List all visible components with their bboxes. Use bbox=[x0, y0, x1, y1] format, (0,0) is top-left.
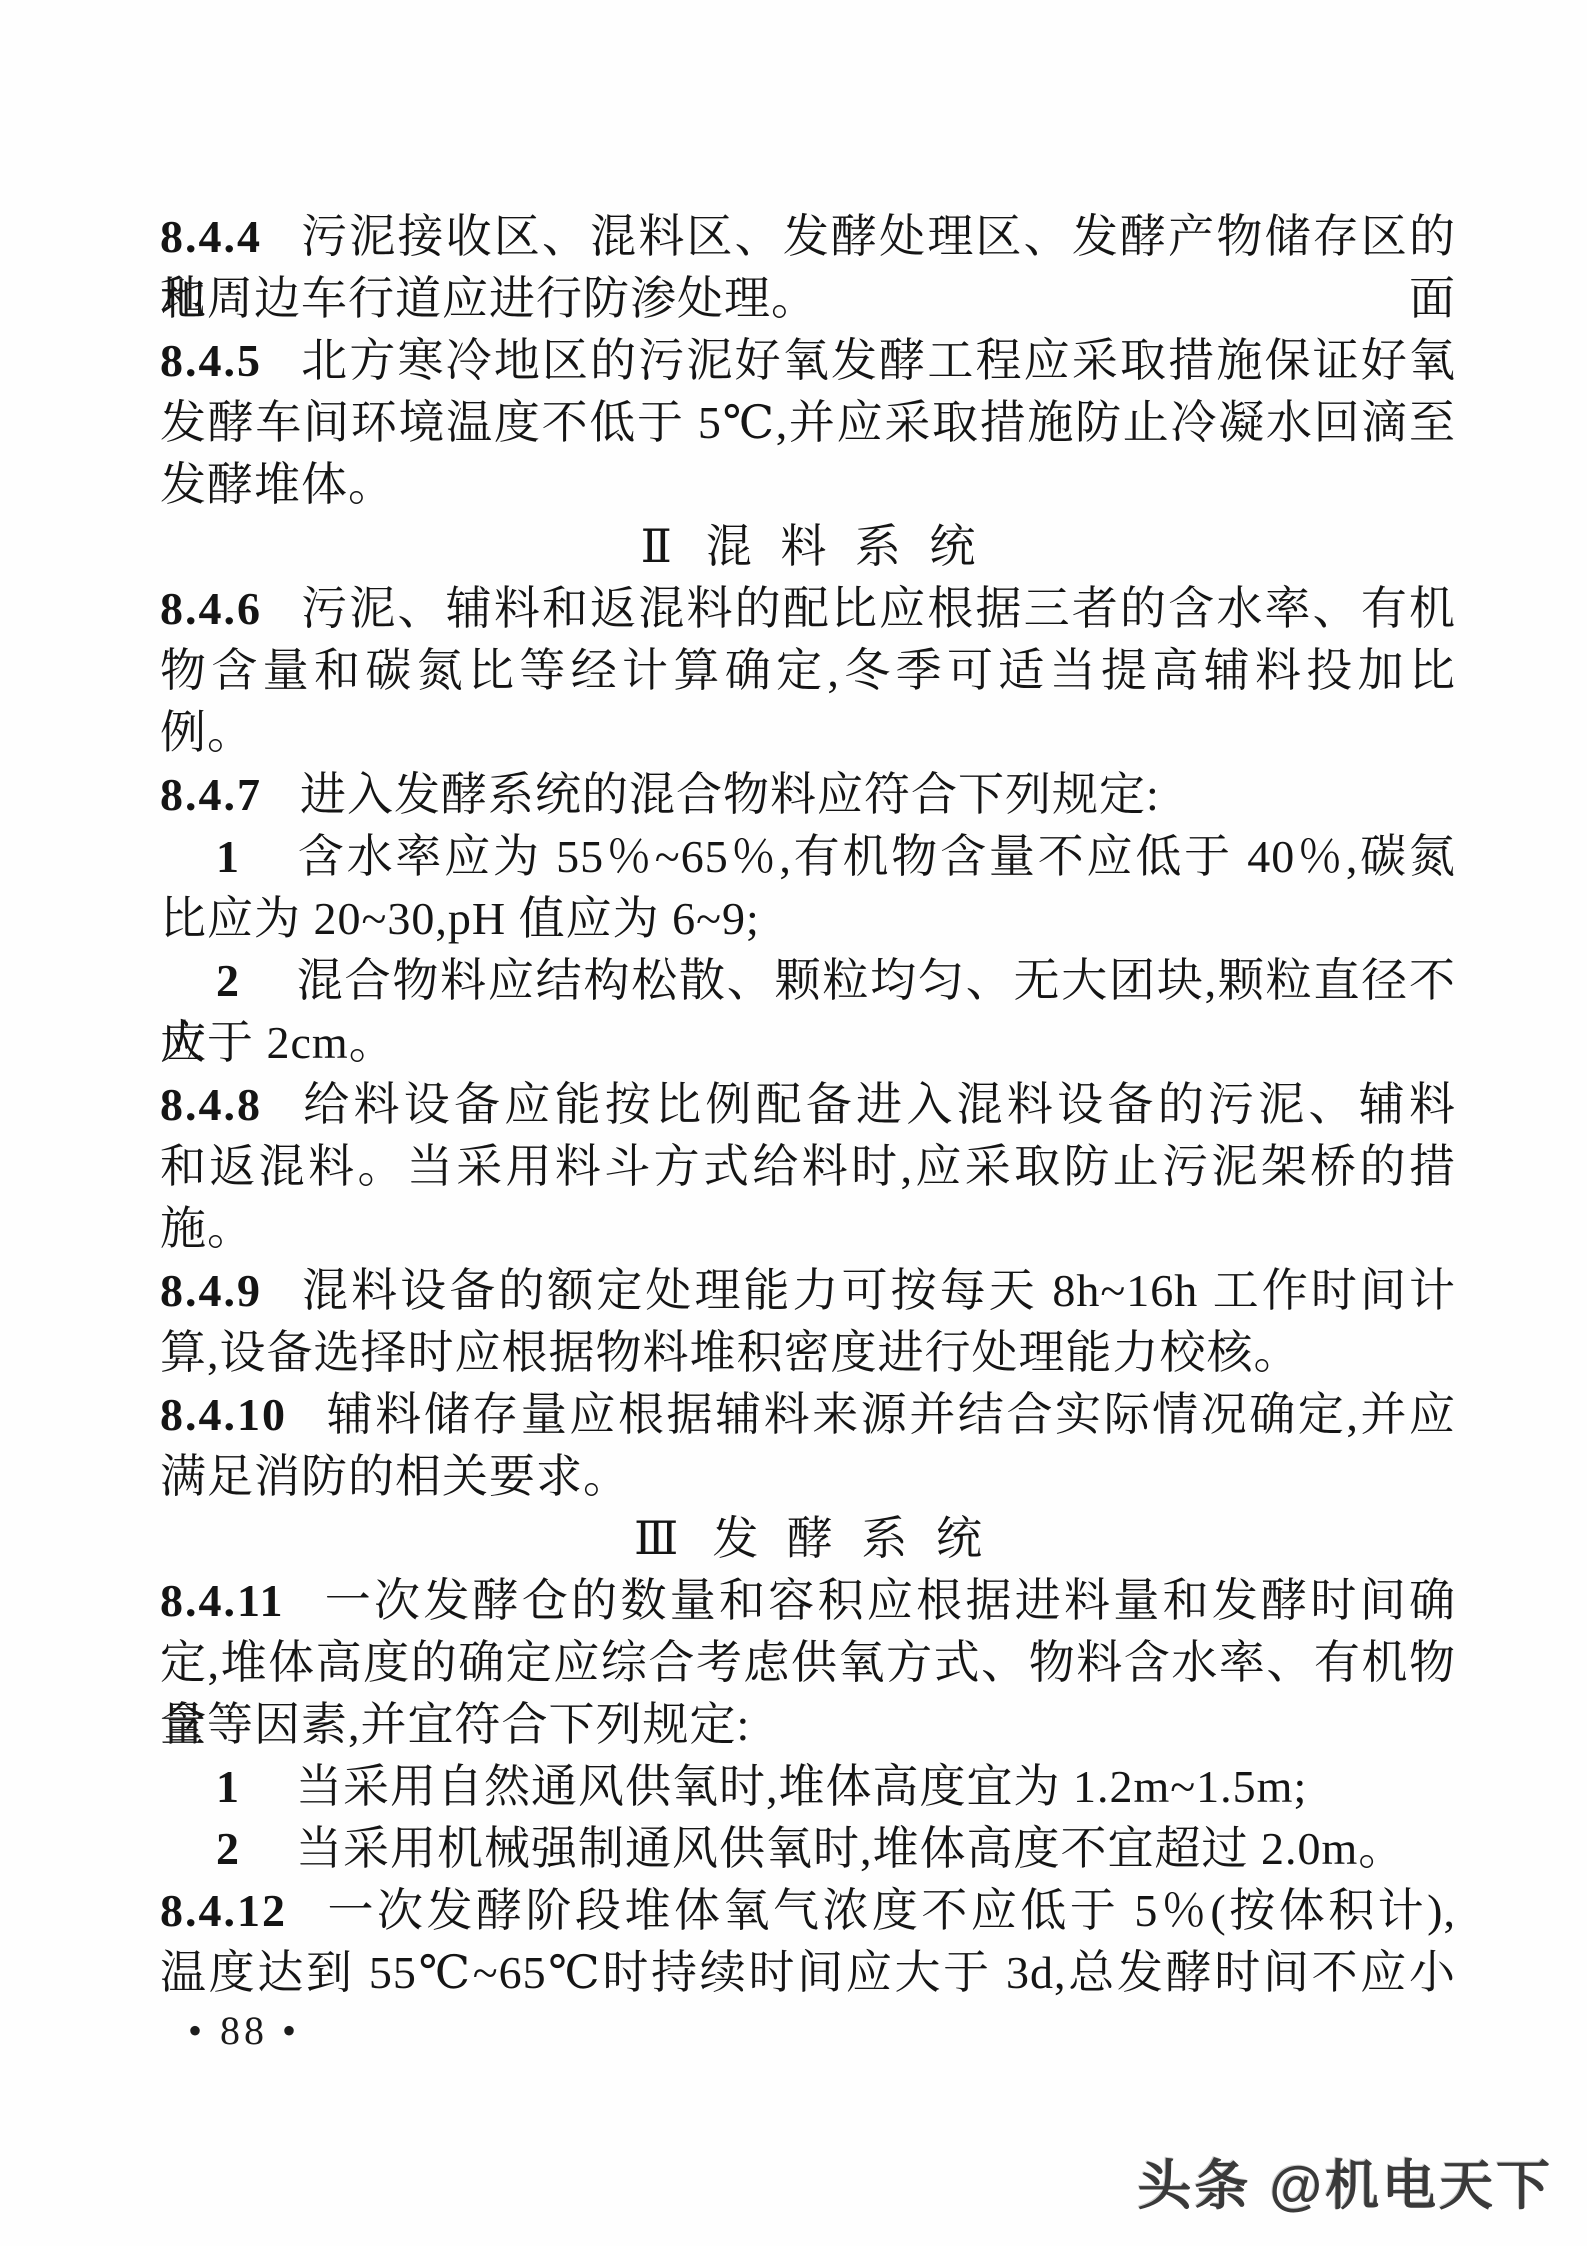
clause-line: 8.4.6污泥、辅料和返混料的配比应根据三者的含水率、有机 bbox=[160, 578, 1456, 640]
clause-line: 定,堆体高度的确定应综合考虑供氧方式、物料含水率、有机物含 bbox=[160, 1632, 1456, 1694]
clause-line: 8.4.4污泥接收区、混料区、发酵处理区、发酵产物储存区的地面 bbox=[160, 206, 1456, 268]
clause-number: 8.4.8 bbox=[160, 1079, 262, 1130]
clause-line: 8.4.9混料设备的额定处理能力可按每天 8h~16h 工作时间计 bbox=[160, 1260, 1456, 1322]
clause-line: 温度达到 55℃~65℃时持续时间应大于 3d,总发酵时间不应小 bbox=[160, 1942, 1456, 2004]
list-item-line: 2当采用机械强制通风供氧时,堆体高度不宜超过 2.0m。 bbox=[160, 1818, 1456, 1880]
section-heading: Ⅱ混料系统 bbox=[160, 516, 1456, 578]
section-title: 发酵系统 bbox=[712, 1513, 1010, 1564]
text-run: 进入发酵系统的混合物料应符合下列规定: bbox=[300, 769, 1160, 820]
text-run: 一次发酵仓的数量和容积应根据进料量和发酵时间确 bbox=[322, 1575, 1456, 1626]
text-run: 物含量和碳氮比等经计算确定,冬季可适当提高辅料投加比 bbox=[160, 645, 1456, 696]
document-page: 8.4.4污泥接收区、混料区、发酵处理区、发酵产物储存区的地面和周边车行道应进行… bbox=[0, 0, 1587, 2246]
text-run: 混料设备的额定处理能力可按每天 8h~16h 工作时间计 bbox=[300, 1265, 1456, 1316]
text-run: 北方寒冷地区的污泥好氧发酵工程应采取措施保证好氧 bbox=[300, 335, 1456, 386]
clause-line: 8.4.5北方寒冷地区的污泥好氧发酵工程应采取措施保证好氧 bbox=[160, 330, 1456, 392]
list-item-line: 1当采用自然通风供氧时,堆体高度宜为 1.2m~1.5m; bbox=[160, 1756, 1456, 1818]
clause-number: 8.4.6 bbox=[160, 583, 262, 634]
watermark-text: 头条 @机电天下 bbox=[1137, 2143, 1553, 2220]
clause-line: 和返混料。当采用料斗方式给料时,应采取防止污泥架桥的措 bbox=[160, 1136, 1456, 1198]
clause-line: 发酵车间环境温度不低于 5℃,并应采取措施防止冷凝水回滴至 bbox=[160, 392, 1456, 454]
clause-line: 发酵堆体。 bbox=[160, 454, 1456, 516]
clause-line: 8.4.11一次发酵仓的数量和容积应根据进料量和发酵时间确 bbox=[160, 1570, 1456, 1632]
list-item-line: 2混合物料应结构松散、颗粒均匀、无大团块,颗粒直径不应 bbox=[160, 950, 1456, 1012]
clause-line: 8.4.7进入发酵系统的混合物料应符合下列规定: bbox=[160, 764, 1456, 826]
section-title: 混料系统 bbox=[706, 521, 1004, 572]
text-run: 污泥、辅料和返混料的配比应根据三者的含水率、有机 bbox=[300, 583, 1456, 634]
clause-number: 8.4.7 bbox=[160, 769, 262, 820]
clause-number: 8.4.12 bbox=[160, 1885, 287, 1936]
text-run: 量等因素,并宜符合下列规定: bbox=[160, 1699, 750, 1750]
clause-number: 8.4.4 bbox=[160, 211, 262, 262]
text-run: 和周边车行道应进行防渗处理。 bbox=[160, 273, 818, 324]
clause-number: 8.4.5 bbox=[160, 335, 262, 386]
text-run: 大于 2cm。 bbox=[160, 1017, 396, 1068]
text-run: 施。 bbox=[160, 1203, 254, 1254]
clause-number: 8.4.10 bbox=[160, 1389, 287, 1440]
text-run: 比应为 20~30,pH 值应为 6~9; bbox=[160, 893, 760, 944]
section-numeral: Ⅲ bbox=[634, 1513, 678, 1564]
clause-line: 物含量和碳氮比等经计算确定,冬季可适当提高辅料投加比 bbox=[160, 640, 1456, 702]
text-run: 含水率应为 55％~65％,有机物含量不应低于 40％,碳氮 bbox=[296, 831, 1456, 882]
clause-line: 算,设备选择时应根据物料堆积密度进行处理能力校核。 bbox=[160, 1322, 1456, 1384]
text-run: 辅料储存量应根据辅料来源并结合实际情况确定,并应 bbox=[325, 1389, 1456, 1440]
clause-line: 8.4.10辅料储存量应根据辅料来源并结合实际情况确定,并应 bbox=[160, 1384, 1456, 1446]
text-run: 发酵车间环境温度不低于 5℃,并应采取措施防止冷凝水回滴至 bbox=[160, 397, 1456, 448]
clause-number: 8.4.11 bbox=[160, 1575, 284, 1626]
list-item-line: 大于 2cm。 bbox=[160, 1012, 1456, 1074]
text-run: 例。 bbox=[160, 707, 254, 758]
document-body: 8.4.4污泥接收区、混料区、发酵处理区、发酵产物储存区的地面和周边车行道应进行… bbox=[160, 206, 1456, 2004]
item-number: 1 bbox=[216, 831, 240, 882]
section-numeral: Ⅱ bbox=[641, 521, 672, 572]
text-run: 给料设备应能按比例配备进入混料设备的污泥、辅料 bbox=[300, 1079, 1456, 1130]
text-run: 满足消防的相关要求。 bbox=[160, 1451, 630, 1502]
text-run: 一次发酵阶段堆体氧气浓度不应低于 5％(按体积计), bbox=[325, 1885, 1456, 1936]
text-run: 当采用机械强制通风供氧时,堆体高度不宜超过 2.0m。 bbox=[296, 1823, 1405, 1874]
clause-line: 量等因素,并宜符合下列规定: bbox=[160, 1694, 1456, 1756]
clause-number: 8.4.9 bbox=[160, 1265, 262, 1316]
clause-line: 满足消防的相关要求。 bbox=[160, 1446, 1456, 1508]
clause-line: 8.4.8给料设备应能按比例配备进入混料设备的污泥、辅料 bbox=[160, 1074, 1456, 1136]
clause-line: 例。 bbox=[160, 702, 1456, 764]
text-run: 当采用自然通风供氧时,堆体高度宜为 1.2m~1.5m; bbox=[296, 1761, 1307, 1812]
text-run: 算,设备选择时应根据物料堆积密度进行处理能力校核。 bbox=[160, 1327, 1301, 1378]
page-number: • 88 • bbox=[188, 2008, 300, 2054]
list-item-line: 比应为 20~30,pH 值应为 6~9; bbox=[160, 888, 1456, 950]
clause-line: 施。 bbox=[160, 1198, 1456, 1260]
list-item-line: 1含水率应为 55％~65％,有机物含量不应低于 40％,碳氮 bbox=[160, 826, 1456, 888]
text-run: 温度达到 55℃~65℃时持续时间应大于 3d,总发酵时间不应小 bbox=[160, 1947, 1456, 1998]
section-heading: Ⅲ发酵系统 bbox=[160, 1508, 1456, 1570]
item-number: 1 bbox=[216, 1761, 240, 1812]
text-run: 和返混料。当采用料斗方式给料时,应采取防止污泥架桥的措 bbox=[160, 1141, 1456, 1192]
text-run: 发酵堆体。 bbox=[160, 459, 395, 510]
item-number: 2 bbox=[216, 955, 240, 1006]
item-number: 2 bbox=[216, 1823, 240, 1874]
clause-line: 8.4.12一次发酵阶段堆体氧气浓度不应低于 5％(按体积计), bbox=[160, 1880, 1456, 1942]
